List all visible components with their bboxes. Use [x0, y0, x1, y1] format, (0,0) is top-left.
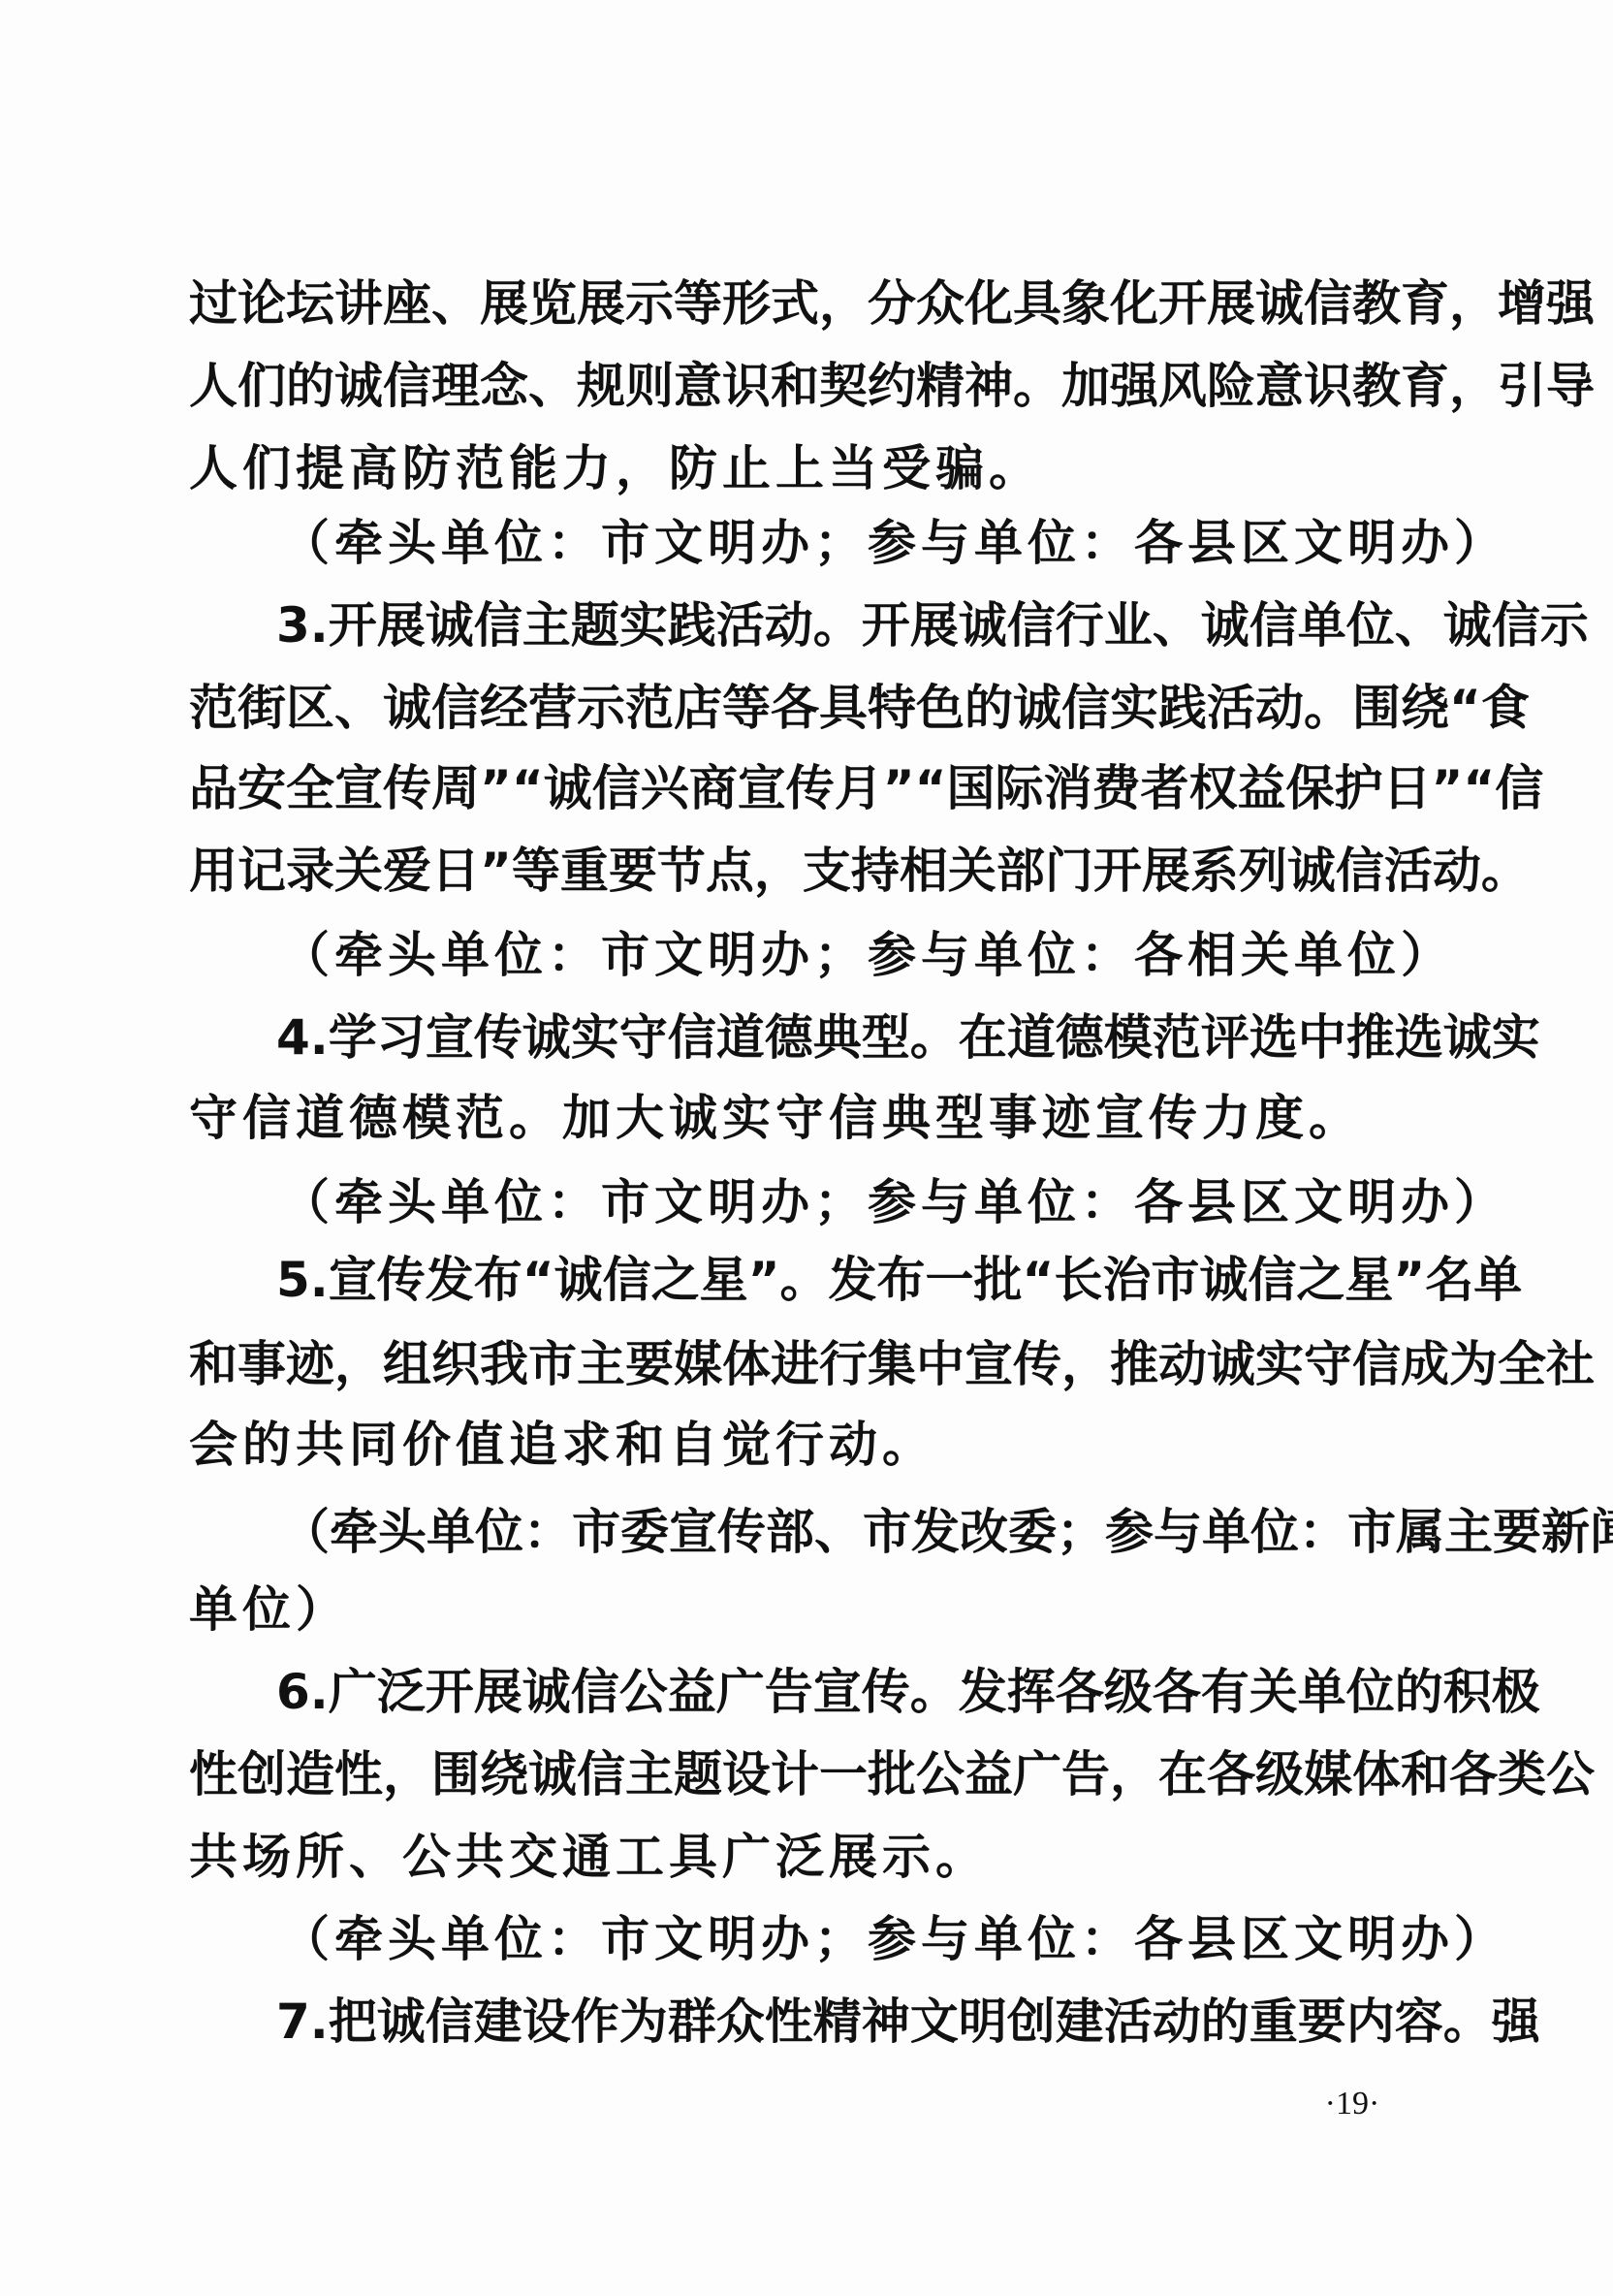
body-text-line: 守信道德模范。加大诚实守信典型事迹宣传力度。 — [189, 1089, 1412, 1147]
body-text-line: 会的共同价值追求和自觉行动。 — [189, 1416, 1412, 1474]
section-heading-5: 5. 宣传发布“诚信之星”。发布一批“长治市诚信之星”名单 — [276, 1251, 1412, 1309]
document-page: 过论坛讲座、展览展示等形式，分众化具象化开展诚信教育，增强 人们的诚信理念、规则… — [0, 0, 1613, 2296]
responsible-units-note: （牵头单位：市文明办；参与单位：各相关单位） — [281, 926, 1504, 984]
body-text-line: 用记录关爱日”等重要节点，支持相关部门开展系列诚信活动。 — [189, 842, 1412, 900]
body-text-line: 性创造性，围绕诚信主题设计一批公益广告，在各级媒体和各类公 — [189, 1745, 1412, 1803]
section-heading-3: 3. 开展诚信主题实践活动。开展诚信行业、诚信单位、诚信示 — [276, 596, 1412, 654]
responsible-units-note: （牵头单位：市文明办；参与单位：各县区文明办） — [281, 1173, 1504, 1231]
responsible-units-note: （牵头单位：市文明办；参与单位：各县区文明办） — [281, 514, 1504, 572]
body-text-line: 人们的诚信理念、规则意识和契约精神。加强风险意识教育，引导 — [189, 357, 1412, 415]
body-text-line: 人们提高防范能力，防止上当受骗。 — [189, 439, 1412, 497]
body-text-line: 品安全宣传周”“诚信兴商宣传月”“国际消费者权益保护日”“信 — [189, 759, 1412, 817]
responsible-units-note-cont: 单位） — [189, 1580, 1412, 1639]
responsible-units-note: （牵头单位：市文明办；参与单位：各县区文明办） — [281, 1910, 1504, 1968]
body-text-line: 范街区、诚信经营示范店等各具特色的诚信实践活动。围绕“食 — [189, 679, 1412, 737]
section-heading-7: 7. 把诚信建设作为群众性精神文明创建活动的重要内容。强 — [276, 1993, 1412, 2051]
body-text-line: 过论坛讲座、展览展示等形式，分众化具象化开展诚信教育，增强 — [189, 274, 1412, 333]
section-heading-4: 4. 学习宣传诚实守信道德典型。在道德模范评选中推选诚实 — [276, 1008, 1412, 1067]
body-text-line: 和事迹，组织我市主要媒体进行集中宣传，推动诚实守信成为全社 — [189, 1335, 1412, 1393]
body-text-line: 共场所、公共交通工具广泛展示。 — [189, 1828, 1412, 1886]
page-number: ·19· — [1313, 2085, 1391, 2123]
responsible-units-note: （牵头单位：市委宣传部、市发改委；参与单位：市属主要新闻 — [281, 1503, 1412, 1561]
section-heading-6: 6. 广泛开展诚信公益广告宣传。发挥各级各有关单位的积极 — [276, 1663, 1412, 1721]
